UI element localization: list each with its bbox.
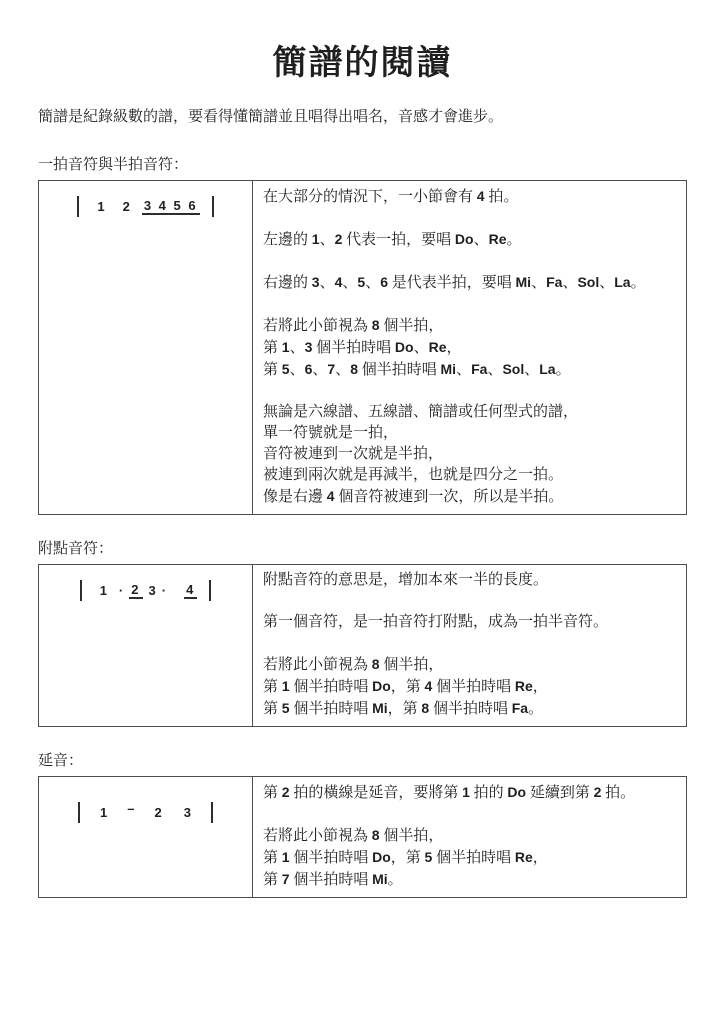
text-line: 像是右邊 4 個音符被連到一次，所以是半拍。 [263,486,674,508]
text-line [263,381,674,402]
note-digit: 1 [100,805,107,820]
text-line: 第 5 個半拍時唱 Mi，第 8 個半拍時唱 Fa。 [263,698,674,720]
table-dotted-notes: 1·23·4 附點音符的意思是，增加本來一半的長度。 第一個音符，是一拍音符打附… [38,564,687,727]
note-group-underlined: 3 4 5 6 [142,198,200,215]
text-line: 左邊的 1、2 代表一拍，要唱 Do、Re。 [263,229,674,251]
text-line: 第 1、3 個半拍時唱 Do、Re， [263,337,674,359]
section-heading-one-beat-half-beat: 一拍音符與半拍音符： [38,155,687,175]
jianpu-measure: 1·23·4 [39,565,252,601]
explanation-cell: 在大部分的情況下，一小節會有 4 拍。 左邊的 1、2 代表一拍，要唱 Do、R… [253,181,686,514]
text-line: 第一個音符，是一拍音符打附點，成為一拍半音符。 [263,612,674,633]
dotted-note-dot-icon: · [119,583,123,598]
note-group-underlined: 4 [184,582,197,599]
barline-icon [80,580,82,601]
text-line [263,804,674,825]
intro-paragraph: 簡譜是紀錄級數的譜，要看得懂簡譜並且唱得出唱名，音感才會進步。 [38,107,687,127]
document-page: 簡譜的閱讀 簡譜是紀錄級數的譜，要看得懂簡譜並且唱得出唱名，音感才會進步。 一拍… [0,0,724,898]
note-digit: 3 [149,583,156,598]
text-line [263,591,674,612]
text-line [263,294,674,315]
barline-icon [209,580,211,601]
text-line: 右邊的 3、4、5、6 是代表半拍，要唱 Mi、Fa、Sol、La。 [263,272,674,294]
jianpu-measure: 123 4 5 6 [39,181,252,217]
note-digit: 2 [123,199,130,214]
note-digit: 3 [184,805,191,820]
note-group-underlined: 2 [129,582,142,599]
text-line [263,633,674,654]
text-line: 若將此小節視為 8 個半拍， [263,315,674,337]
note-digit: 1 [100,583,107,598]
text-line: 第 1 個半拍時唱 Do，第 4 個半拍時唱 Re， [263,676,674,698]
text-line: 若將此小節視為 8 個半拍， [263,654,674,676]
text-line: 在大部分的情況下，一小節會有 4 拍。 [263,186,674,208]
text-line: 無論是六線譜、五線譜、簡譜或任何型式的譜， [263,402,674,423]
section-heading-dotted-notes: 附點音符： [38,539,687,559]
text-line: 第 5、6、7、8 個半拍時唱 Mi、Fa、Sol、La。 [263,359,674,381]
notation-cell: 123 4 5 6 [39,181,253,514]
text-line: 若將此小節視為 8 個半拍， [263,825,674,847]
jianpu-measure: 1–23 [39,777,252,823]
dotted-note-dot-icon: · [162,583,166,598]
text-line: 音符被連到一次就是半拍， [263,444,674,465]
text-line: 第 1 個半拍時唱 Do，第 5 個半拍時唱 Re， [263,847,674,869]
barline-icon [77,196,79,217]
page-title: 簡譜的閱讀 [38,44,687,83]
barline-icon [78,802,80,823]
text-line: 第 2 拍的橫線是延音，要將第 1 拍的 Do 延續到第 2 拍。 [263,782,674,804]
notation-cell: 1·23·4 [39,565,253,726]
text-line: 附點音符的意思是，增加本來一半的長度。 [263,570,674,591]
table-one-beat-half-beat: 123 4 5 6 在大部分的情況下，一小節會有 4 拍。 左邊的 1、2 代表… [38,180,687,515]
tie-dash-icon: – [127,801,134,816]
section-heading-sustain: 延音： [38,751,687,771]
text-line: 第 7 個半拍時唱 Mi。 [263,869,674,891]
notation-cell: 1–23 [39,777,253,897]
note-digit: 1 [97,199,104,214]
text-line [263,251,674,272]
text-line: 單一符號就是一拍， [263,423,674,444]
table-sustain: 1–23 第 2 拍的橫線是延音，要將第 1 拍的 Do 延續到第 2 拍。 若… [38,776,687,898]
text-line [263,208,674,229]
note-digit: 2 [155,805,162,820]
text-line: 被連到兩次就是再減半，也就是四分之一拍。 [263,465,674,486]
barline-icon [211,802,213,823]
barline-icon [212,196,214,217]
explanation-cell: 附點音符的意思是，增加本來一半的長度。 第一個音符，是一拍音符打附點，成為一拍半… [253,565,686,726]
explanation-cell: 第 2 拍的橫線是延音，要將第 1 拍的 Do 延續到第 2 拍。 若將此小節視… [253,777,686,897]
